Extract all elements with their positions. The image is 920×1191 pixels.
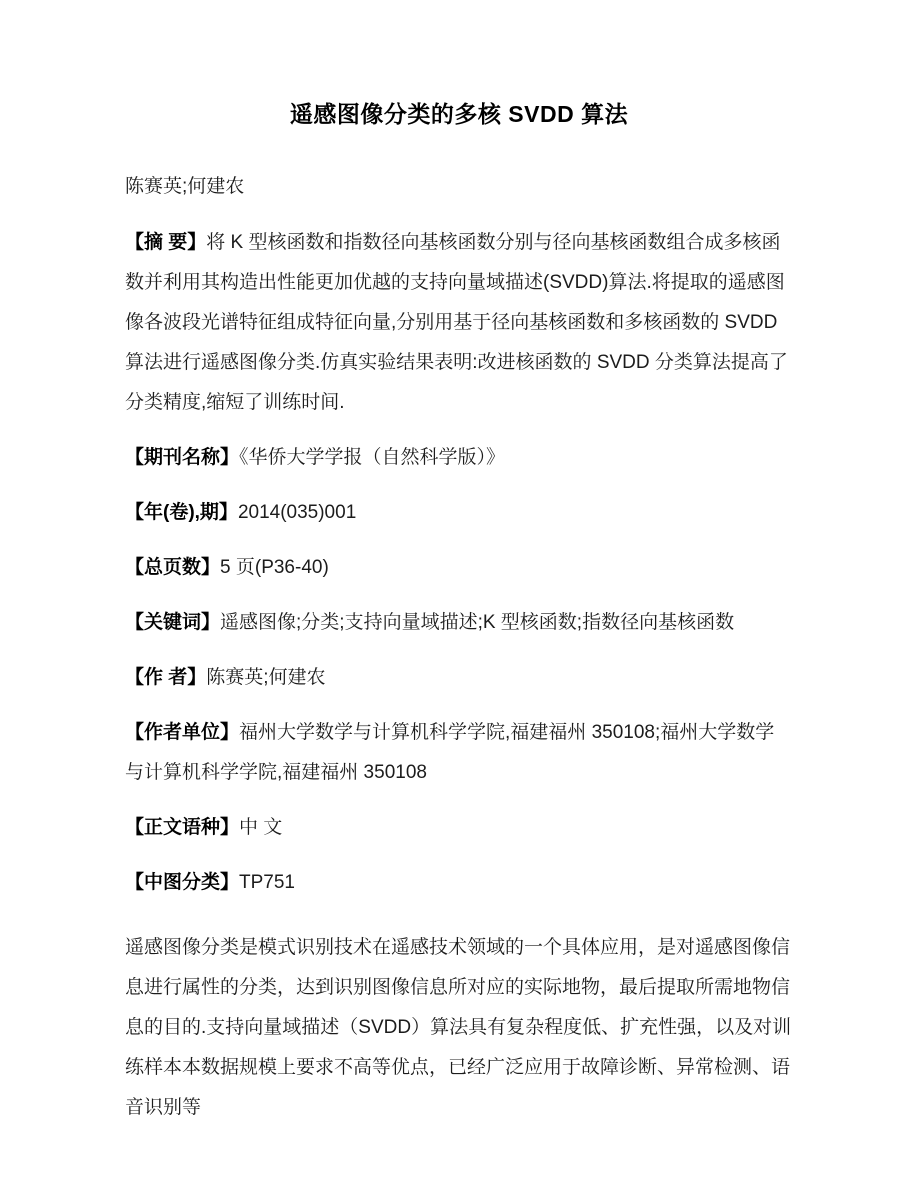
field-value-abstract: 将 K 型核函数和指数径向基核函数分别与径向基核函数组合成多核函数并利用其构造出…	[125, 232, 788, 413]
field-value-clc-classification: TP751	[239, 872, 295, 893]
field-affiliation: 【作者单位】福州大学数学与计算机科学学院,福建福州 350108;福州大学数学与…	[125, 713, 793, 793]
field-label-keywords: 【关键词】	[125, 612, 220, 633]
field-label-year-volume-issue: 【年(卷),期】	[125, 502, 238, 523]
body-paragraph: 遥感图像分类是模式识别技术在遥感技术领域的一个具体应用，是对遥感图像信息进行属性…	[125, 928, 793, 1128]
field-label-journal-name: 【期刊名称】	[125, 447, 239, 468]
authors-line: 陈赛英;何建农	[125, 167, 793, 207]
field-value-year-volume-issue: 2014(035)001	[238, 502, 356, 523]
field-page-count: 【总页数】5 页(P36-40)	[125, 548, 793, 588]
field-value-keywords: 遥感图像;分类;支持向量域描述;K 型核函数;指数径向基核函数	[220, 612, 734, 633]
field-authors: 【作 者】陈赛英;何建农	[125, 658, 793, 698]
document-page: 遥感图像分类的多核 SVDD 算法 陈赛英;何建农 【摘 要】将 K 型核函数和…	[0, 0, 920, 1191]
field-journal-name: 【期刊名称】《华侨大学学报（自然科学版）》	[125, 438, 793, 478]
field-label-authors: 【作 者】	[125, 667, 206, 688]
field-keywords: 【关键词】遥感图像;分类;支持向量域描述;K 型核函数;指数径向基核函数	[125, 603, 793, 643]
field-value-language: 中 文	[239, 817, 282, 838]
field-language: 【正文语种】中 文	[125, 808, 793, 848]
field-label-language: 【正文语种】	[125, 817, 239, 838]
field-label-page-count: 【总页数】	[125, 557, 220, 578]
field-year-volume-issue: 【年(卷),期】2014(035)001	[125, 493, 793, 533]
field-value-authors: 陈赛英;何建农	[206, 667, 325, 688]
field-label-abstract: 【摘 要】	[125, 232, 206, 253]
field-value-page-count: 5 页(P36-40)	[220, 557, 329, 578]
field-label-affiliation: 【作者单位】	[125, 722, 239, 743]
field-value-journal-name: 《华侨大学学报（自然科学版）》	[239, 447, 505, 468]
field-clc-classification: 【中图分类】TP751	[125, 863, 793, 903]
field-label-clc-classification: 【中图分类】	[125, 872, 239, 893]
field-abstract: 【摘 要】将 K 型核函数和指数径向基核函数分别与径向基核函数组合成多核函数并利…	[125, 223, 793, 423]
page-title: 遥感图像分类的多核 SVDD 算法	[125, 94, 793, 134]
